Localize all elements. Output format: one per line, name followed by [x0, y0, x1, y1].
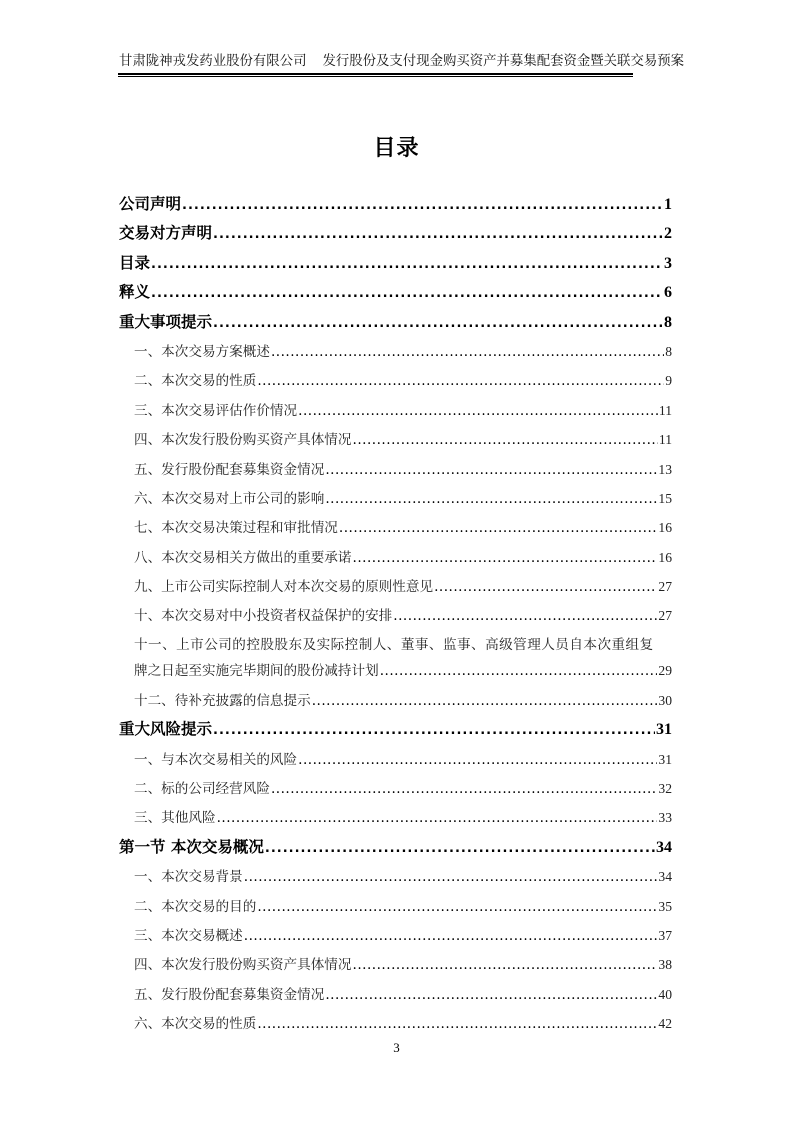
- toc-entry-label: 重大事项提示: [119, 308, 212, 337]
- toc-entry-label: 交易对方声明: [119, 219, 212, 248]
- toc-entry-label: 一、本次交易方案概述: [134, 338, 270, 367]
- toc-entry-section[interactable]: 二、本次交易的目的35: [119, 892, 672, 921]
- toc-entry-chapter[interactable]: 重大风险提示31: [119, 715, 672, 744]
- header-doc-title: 发行股份及支付现金购买资产并募集配套资金暨关联交易预案: [322, 54, 684, 69]
- toc-entry-section[interactable]: 七、本次交易决策过程和审批情况16: [119, 513, 672, 542]
- toc-leader-dots: [213, 220, 663, 249]
- toc-leader-dots: [325, 456, 657, 485]
- toc-leader-dots: [271, 775, 657, 804]
- toc-entry-section[interactable]: 十、本次交易对中小投资者权益保护的安排27: [119, 601, 672, 630]
- toc-entry-page: 8: [665, 337, 672, 366]
- toc-leader-dots: [312, 687, 658, 716]
- toc-entry-section[interactable]: 五、发行股份配套募集资金情况40: [119, 980, 672, 1009]
- toc-entry-section[interactable]: 二、标的公司经营风险32: [119, 774, 672, 803]
- toc-entry-section[interactable]: 四、本次发行股份购买资产具体情况38: [119, 950, 672, 979]
- toc-entry-section[interactable]: 一、本次交易背景34: [119, 862, 672, 891]
- toc-entry-label: 八、本次交易相关方做出的重要承诺: [134, 544, 352, 573]
- toc-entry-chapter[interactable]: 公司声明1: [119, 190, 672, 219]
- header-company: 甘肃陇神戎发药业股份有限公司: [119, 54, 306, 69]
- toc-entry-label: 二、本次交易的目的: [134, 893, 256, 922]
- toc-entry-section[interactable]: 四、本次发行股份购买资产具体情况11: [119, 425, 672, 454]
- toc-entry-page: 34: [656, 833, 672, 862]
- toc-entry-label: 牌之日起至实施完毕期间的股份减持计划: [119, 659, 379, 684]
- toc-entry-page: 33: [658, 803, 672, 832]
- toc-entry-page: 40: [658, 980, 672, 1009]
- running-header: 甘肃陇神戎发药业股份有限公司发行股份及支付现金购买资产并募集配套资金暨关联交易预…: [119, 50, 631, 69]
- page-number: 3: [0, 1040, 793, 1056]
- toc-leader-dots: [393, 602, 657, 631]
- toc-entry-page: 16: [658, 513, 672, 542]
- toc-leader-dots: [353, 426, 658, 455]
- toc-leader-dots: [182, 191, 663, 220]
- toc-entry-label: 第一节 本次交易概况: [119, 833, 264, 862]
- toc-entry-label: 七、本次交易决策过程和审批情况: [134, 514, 338, 543]
- toc-entry-label: 三、本次交易评估作价情况: [134, 397, 297, 426]
- toc-leader-dots: [213, 716, 655, 745]
- toc-entry-section[interactable]: 六、本次交易的性质42: [119, 1009, 672, 1038]
- toc-entry-chapter[interactable]: 交易对方声明2: [119, 219, 672, 248]
- toc-entry-label: 九、上市公司实际控制人对本次交易的原则性意见: [134, 573, 433, 602]
- toc-entry-section[interactable]: 九、上市公司实际控制人对本次交易的原则性意见27: [119, 572, 672, 601]
- header-rule-thin: [118, 76, 633, 77]
- page-title: 目录: [0, 131, 793, 162]
- toc-entry-page: 27: [658, 601, 672, 630]
- toc-leader-dots: [353, 951, 658, 980]
- toc-entry-page: 38: [658, 950, 672, 979]
- toc-leader-dots: [353, 544, 658, 573]
- toc-entry-section[interactable]: 三、其他风险33: [119, 803, 672, 832]
- toc-entry-label: 释义: [119, 278, 150, 307]
- toc-entry-label: 六、本次交易的性质: [134, 1010, 256, 1039]
- toc-leader-dots: [339, 514, 658, 543]
- toc-entry-label: 三、其他风险: [134, 804, 216, 833]
- toc-entry-label: 五、发行股份配套募集资金情况: [134, 981, 324, 1010]
- toc-entry-label: 十二、待补充披露的信息提示: [134, 687, 311, 716]
- toc-entry-chapter[interactable]: 第一节 本次交易概况34: [119, 833, 672, 862]
- toc-entry-chapter[interactable]: 重大事项提示8: [119, 308, 672, 337]
- toc-leader-dots: [325, 981, 657, 1010]
- toc-entry-page: 11: [659, 425, 672, 454]
- toc-entry-label: 重大风险提示: [119, 715, 212, 744]
- toc-leader-dots: [271, 338, 664, 367]
- toc-entry-label: 二、标的公司经营风险: [134, 775, 270, 804]
- toc-entry-section[interactable]: 五、发行股份配套募集资金情况13: [119, 455, 672, 484]
- toc-leader-dots: [257, 893, 657, 922]
- toc-entry-label: 一、与本次交易相关的风险: [134, 746, 297, 775]
- toc-entry-label: 四、本次发行股份购买资产具体情况: [134, 951, 352, 980]
- toc-entry-label-line1: 十一、上市公司的控股股东及实际控制人、董事、监事、高级管理人员自本次重组复: [134, 633, 672, 658]
- toc-leader-dots: [217, 804, 658, 833]
- toc-leader-dots: [151, 279, 663, 308]
- toc-entry-chapter[interactable]: 释义6: [119, 278, 672, 307]
- toc-leader-dots: [380, 659, 658, 684]
- toc-entry-page: 11: [659, 396, 672, 425]
- toc-entry-label: 目录: [119, 249, 150, 278]
- toc-entry-label: 五、发行股份配套募集资金情况: [134, 456, 324, 485]
- toc-entry-page: 37: [658, 921, 672, 950]
- toc-entry-section[interactable]: 十二、待补充披露的信息提示30: [119, 686, 672, 715]
- toc-entry-page: 1: [664, 190, 672, 219]
- toc-entry-section[interactable]: 一、本次交易方案概述8: [119, 337, 672, 366]
- toc-leader-dots: [244, 863, 658, 892]
- toc-entry-label: 六、本次交易对上市公司的影响: [134, 485, 324, 514]
- toc-entry-page: 34: [658, 862, 672, 891]
- toc-entry-page: 9: [665, 366, 672, 395]
- toc-entry-page: 3: [664, 249, 672, 278]
- toc-leader-dots: [213, 309, 663, 338]
- toc-entry-page: 8: [664, 308, 672, 337]
- toc-leader-dots: [298, 746, 657, 775]
- toc-entry-section[interactable]: 三、本次交易评估作价情况11: [119, 396, 672, 425]
- toc-entry-page: 2: [664, 219, 672, 248]
- toc-entry-page: 31: [658, 745, 672, 774]
- header-rule: [118, 73, 633, 75]
- toc-entry-section[interactable]: 六、本次交易对上市公司的影响15: [119, 484, 672, 513]
- toc-entry-label: 四、本次发行股份购买资产具体情况: [134, 426, 352, 455]
- toc-entry-label: 二、本次交易的性质: [134, 367, 256, 396]
- toc-entry-label: 十、本次交易对中小投资者权益保护的安排: [134, 602, 392, 631]
- toc-leader-dots: [325, 485, 657, 514]
- toc-entry-label: 三、本次交易概述: [134, 922, 243, 951]
- toc-leader-dots: [265, 834, 655, 863]
- toc-entry-page: 32: [658, 774, 672, 803]
- toc-leader-dots: [257, 367, 664, 396]
- toc-entry-chapter[interactable]: 目录3: [119, 249, 672, 278]
- toc-entry-page: 30: [658, 686, 672, 715]
- toc-entry-page: 16: [658, 543, 672, 572]
- toc-entry-section[interactable]: 三、本次交易概述37: [119, 921, 672, 950]
- toc-leader-dots: [298, 397, 658, 426]
- toc-leader-dots: [151, 250, 663, 279]
- toc-leader-dots: [257, 1010, 657, 1039]
- toc-entry-page: 6: [664, 278, 672, 307]
- toc-entry-section[interactable]: 八、本次交易相关方做出的重要承诺16: [119, 543, 672, 572]
- toc-entry-section[interactable]: 二、本次交易的性质9: [119, 366, 672, 395]
- toc-entry-section[interactable]: 一、与本次交易相关的风险31: [119, 745, 672, 774]
- toc-leader-dots: [434, 573, 657, 602]
- toc-entry-label: 公司声明: [119, 190, 181, 219]
- toc-entry-page: 29: [658, 658, 672, 683]
- toc-entry-page: 13: [658, 455, 672, 484]
- toc-entry-page: 31: [656, 715, 672, 744]
- table-of-contents: 公司声明1交易对方声明2目录3释义6重大事项提示8一、本次交易方案概述8二、本次…: [119, 190, 672, 1039]
- toc-entry-page: 35: [658, 892, 672, 921]
- toc-entry-section[interactable]: 十一、上市公司的控股股东及实际控制人、董事、监事、高级管理人员自本次重组复牌之日…: [119, 631, 672, 686]
- toc-leader-dots: [244, 922, 658, 951]
- toc-entry-label: 一、本次交易背景: [134, 863, 243, 892]
- toc-entry-page: 42: [658, 1009, 672, 1038]
- toc-entry-page: 15: [658, 484, 672, 513]
- toc-entry-page: 27: [658, 572, 672, 601]
